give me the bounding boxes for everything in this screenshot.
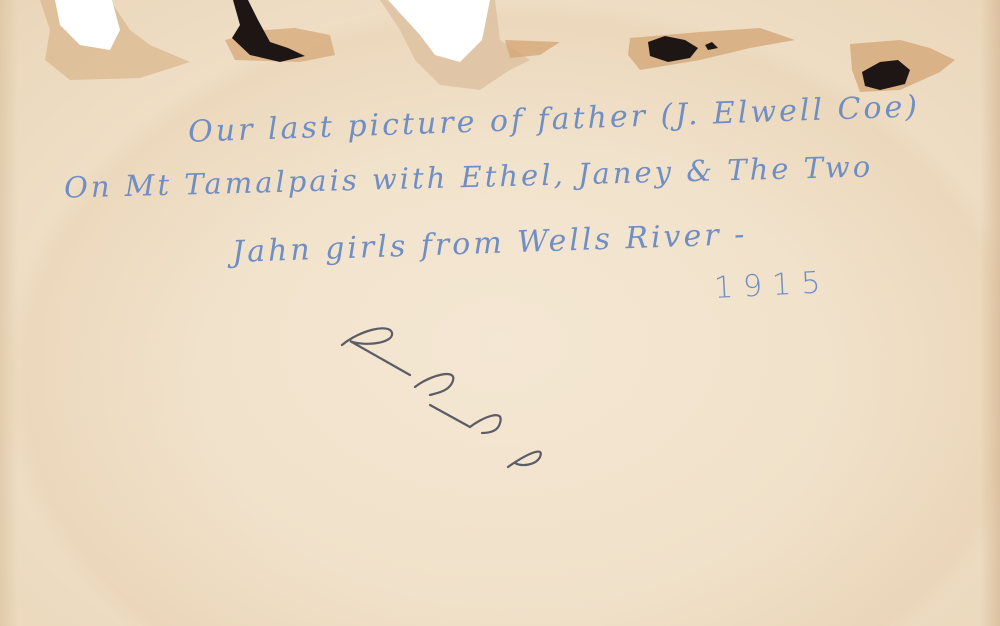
- inscription-year: 1915: [713, 265, 831, 306]
- inscription-line-2: On Mt Tamalpais with Ethel, Janey & The …: [64, 149, 874, 204]
- inscription-line-3: Jahn girls from Wells River -: [232, 217, 748, 270]
- photo-back-card: Our last picture of father (J. Elwell Co…: [0, 0, 1000, 626]
- pencil-catalog-notation: [330, 315, 570, 485]
